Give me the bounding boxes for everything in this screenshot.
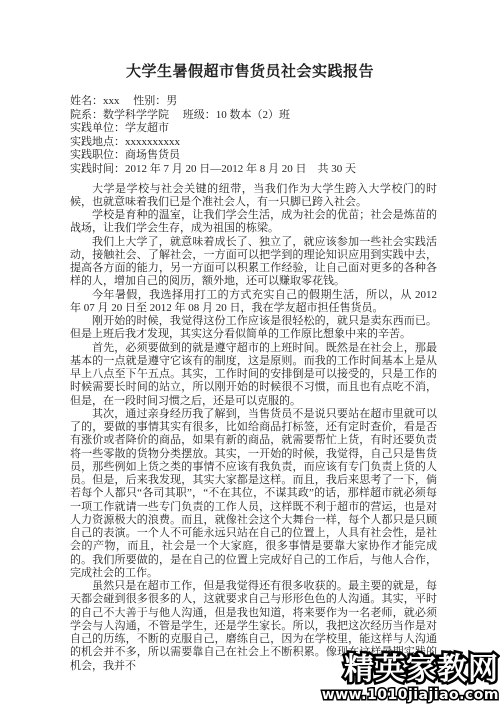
info-block: 姓名：xxx 性别：男 院系：数学科学学院 班级：10 数本（2）班 实践单位：… — [70, 95, 440, 177]
paragraph-why-practice: 我们上大学了，就意味着成长了、独立了，就应该参加一些社会实践活动，接触社会、了解… — [70, 236, 437, 289]
document-viewport: { "document": { "title": "大学生暑假超市售货员社会实践… — [0, 0, 500, 707]
info-line-practice-unit: 实践单位：学友超市 — [70, 122, 440, 136]
report-body: 大学是学校与社会关键的纽带，当我们作为大学生跨入大学校门的时候，也就意味着我们已… — [70, 183, 437, 673]
document-title: 大学生暑假超市售货员社会实践报告 — [0, 0, 500, 82]
info-line-name-gender: 姓名：xxx 性别：男 — [70, 95, 440, 109]
paragraph-first-work-hours: 首先，必须要做到的就是遵守超市的上班时间。既然是在社会上，那最基本的一点就是遵守… — [70, 342, 437, 408]
document-page: 大学生暑假超市售货员社会实践报告 姓名：xxx 性别：男 院系：数学科学学院 班… — [0, 0, 500, 707]
info-line-practice-time: 实践时间：2012 年 7 月 20 日—2012 年 8 月 20 日 共 3… — [70, 163, 440, 177]
paragraph-gains-communication: 虽然只是在超市工作，但是我觉得还有很多收获的。最主要的就是，每天都会碰到很多很多… — [70, 580, 437, 673]
watermark-url: www.1010jiajiao.com — [322, 687, 499, 704]
paragraph-first-impression: 刚开始的时候，我觉得这份工作应该是很轻松的，就只是卖东西而已。但是上班后我才发现… — [70, 315, 437, 342]
paragraph-school-greenhouse: 学校是育种的温室，让我们学会生活，成为社会的优苗；社会是炼苗的战场，让我们学会生… — [70, 209, 437, 236]
info-line-department-class: 院系：数学科学学院 班级：10 数本（2）班 — [70, 109, 440, 123]
info-line-practice-location: 实践地点：xxxxxxxxxx — [70, 136, 440, 150]
paragraph-second-duties: 其次，通过亲身经历我了解到，当售货员不是说只要站在超市里就可以了的，要做的事情其… — [70, 408, 437, 580]
info-line-practice-position: 实践职位：商场售货员 — [70, 149, 440, 163]
paragraph-intro-bridge: 大学是学校与社会关键的纽带，当我们作为大学生跨入大学校门的时候，也就意味着我们已… — [70, 183, 437, 210]
paragraph-summer-job: 今年暑假，我选择用打工的方式充实自己的假期生活，所以，从 2012 年 07 月… — [70, 289, 437, 316]
